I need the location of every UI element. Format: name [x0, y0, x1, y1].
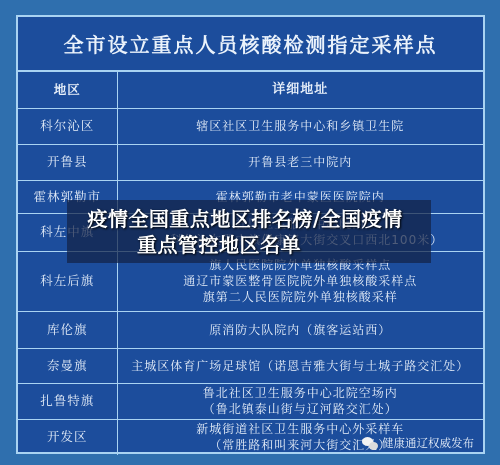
address-cell: 辖区社区卫生服务中心和乡镇卫生院 [117, 108, 483, 144]
sampling-points-table: 地区 详细地址 科尔沁区 辖区社区卫生服务中心和乡镇卫生院 开鲁县 开鲁县老三中… [18, 72, 483, 455]
region-cell: 扎鲁特旗 [18, 383, 117, 419]
address-line: 鲁北社区卫生服务中心北院空场内 [118, 385, 484, 401]
address-cell: 原消防大队院内（旗客运站西） [117, 311, 483, 348]
column-header-region: 地区 [18, 72, 117, 108]
table-row: 科尔沁区 辖区社区卫生服务中心和乡镇卫生院 [18, 108, 483, 144]
address-cell: 鲁北社区卫生服务中心北院空场内 （鲁北镇泰山街与辽河路交汇处） [117, 383, 483, 419]
column-header-address: 详细地址 [117, 72, 483, 108]
address-line: 旗第二人民医院院外单独核酸采样 [118, 289, 484, 305]
table-title: 全市设立重点人员核酸检测指定采样点 [18, 17, 483, 72]
source-watermark: 健康通辽权威发布 [362, 435, 474, 451]
address-cell: 主城区体育广场足球馆（诺恩吉雅大街与土城子路交汇处） [117, 348, 483, 383]
table-row: 开鲁县 开鲁县老三中院内 [18, 144, 483, 180]
table-row: 奈曼旗 主城区体育广场足球馆（诺恩吉雅大街与土城子路交汇处） [18, 348, 483, 383]
address-line: （鲁北镇泰山街与辽河路交汇处） [118, 401, 484, 417]
region-cell: 库伦旗 [18, 311, 117, 348]
table-row: 库伦旗 原消防大队院内（旗客运站西） [18, 311, 483, 348]
address-line: 辖区社区卫生服务中心和乡镇卫生院 [118, 118, 484, 134]
region-cell: 开发区 [18, 419, 117, 455]
table-row: 扎鲁特旗 鲁北社区卫生服务中心北院空场内 （鲁北镇泰山街与辽河路交汇处） [18, 383, 483, 419]
address-line: 原消防大队院内（旗客运站西） [118, 322, 484, 338]
address-line: 开鲁县老三中院内 [118, 154, 484, 170]
address-cell: 开鲁县老三中院内 [117, 144, 483, 180]
address-line: 主城区体育广场足球馆（诺恩吉雅大街与土城子路交汇处） [118, 358, 484, 374]
region-cell: 奈曼旗 [18, 348, 117, 383]
headline-overlay-banner: 疫情全国重点地区排名榜/全国疫情 重点管控地区名单 [67, 200, 431, 263]
watermark-text: 健康通辽权威发布 [382, 435, 474, 451]
headline-line-1: 疫情全国重点地区排名榜/全国疫情 [87, 206, 402, 232]
region-cell: 开鲁县 [18, 144, 117, 180]
region-cell: 科尔沁区 [18, 108, 117, 144]
table-header-row: 地区 详细地址 [18, 72, 483, 108]
address-line: 通辽市蒙医整骨医院院外单独核酸采样点 [118, 273, 484, 289]
headline-line-2: 重点管控地区名单 [137, 232, 301, 258]
wechat-icon [362, 437, 379, 450]
